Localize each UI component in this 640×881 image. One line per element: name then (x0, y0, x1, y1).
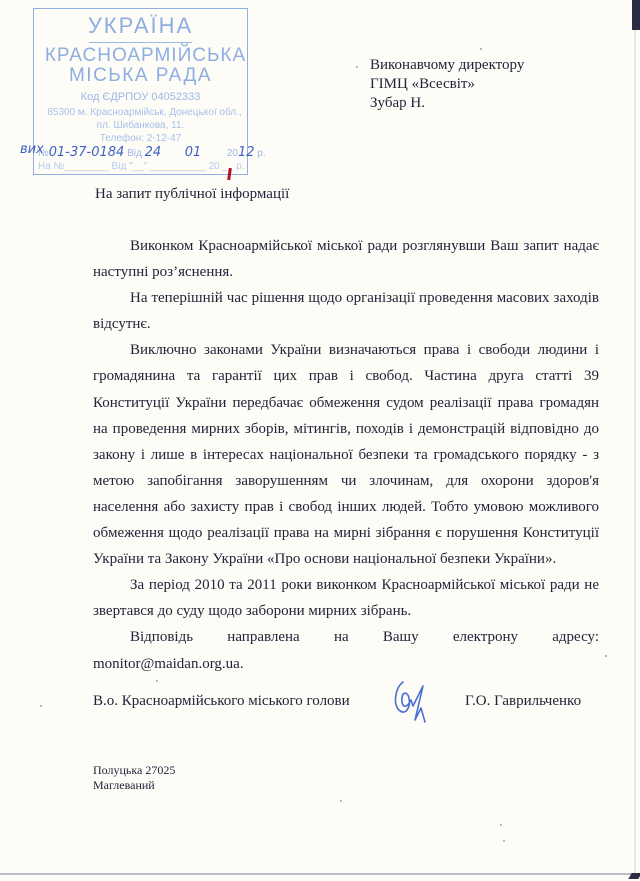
body-paragraph: Відповідь направлена на Вашу електрону а… (93, 624, 599, 676)
stamp-reference-row: На №________ Від "__" __________ 20 __ р… (38, 161, 245, 172)
addressee-organization: ГІМЦ «Всесвіт» (370, 75, 524, 94)
body-paragraph: На теперішній час рішення щодо організац… (93, 285, 599, 337)
executor-line: Маглеваний (93, 778, 175, 793)
signatory-title: В.о. Красноармійського міського голови (93, 693, 350, 710)
stamp-address-line1: 85300 м. Красноармійськ, Донецької обл., (36, 107, 253, 118)
scan-speck (500, 824, 502, 826)
executor-line: Полуцька 27025 (93, 763, 175, 778)
scan-corner (632, 0, 640, 30)
page-edge (634, 0, 636, 875)
stamp-address-line2: пл. Шибанкова, 11. (34, 120, 247, 131)
scan-speck (480, 48, 482, 50)
body-paragraph: Виконком Красноармійської міської ради р… (93, 233, 599, 285)
scan-speck (340, 800, 342, 802)
stamp-edrpou: Код ЄДРПОУ 04052333 (34, 91, 247, 103)
year-prefix: 20 (227, 148, 238, 159)
addressee-block: Виконавчому директору ГІМЦ «Всесвіт» Зуб… (370, 56, 524, 113)
scan-speck (40, 705, 42, 707)
stamp-country: УКРАЇНА (34, 13, 247, 39)
letter-body: Виконком Красноармійської міської ради р… (93, 233, 599, 677)
page-edge (0, 873, 636, 875)
addressee-name: Зубар Н. (370, 94, 524, 113)
reg-day: 24 (145, 145, 162, 160)
executor-block: Полуцька 27025 Маглеваний (93, 763, 175, 793)
scan-corner (628, 873, 640, 879)
scan-speck (605, 655, 607, 657)
stamp-organization-line2: МІСЬКА РАДА (34, 65, 247, 87)
registration-stamp: УКРАЇНА КРАСНОАРМІЙСЬКА МІСЬКА РАДА Код … (33, 8, 248, 175)
body-paragraph: За період 2010 та 2011 роки виконком Кра… (93, 572, 599, 624)
signatory-name: Г.О. Гаврильченко (465, 693, 581, 710)
from-label: Від (127, 148, 142, 159)
reg-year: 12 (238, 145, 255, 160)
body-paragraph: Виключно законами України визначаються п… (93, 337, 599, 572)
addressee-position: Виконавчому директору (370, 56, 524, 75)
stamp-divider (89, 42, 192, 43)
letter-subject: На запит публічної інформації (95, 186, 289, 203)
stamp-registration-row: №01-37-0184 Від 24 01 2012 р. (38, 145, 266, 160)
scan-speck (156, 680, 158, 682)
scan-speck (503, 840, 505, 842)
scan-speck (356, 66, 358, 68)
stamp-organization-line1: КРАСНОАРМІЙСЬКА (34, 45, 257, 67)
handwritten-signature-icon (393, 678, 433, 731)
stamp-phone: Телефон: 2-12-47 (34, 133, 247, 144)
year-suffix: р. (257, 148, 265, 159)
stamp-handwritten-prefix: вих (20, 142, 44, 157)
reg-number: 01-37-0184 (49, 145, 125, 160)
reg-month: 01 (185, 145, 202, 160)
